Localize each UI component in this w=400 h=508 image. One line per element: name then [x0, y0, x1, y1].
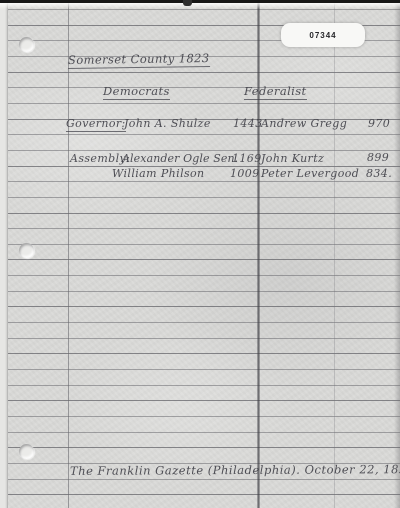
ruled-line [7, 103, 400, 104]
federalist-votes-governor: 970 [368, 117, 390, 130]
ruled-line [7, 400, 400, 401]
page-right-edge-shadow [394, 0, 400, 508]
punch-hole-top [19, 37, 34, 52]
office-label-governor: Governor: [66, 117, 126, 132]
ruled-line [7, 369, 400, 370]
ruled-line [7, 494, 400, 495]
page-top-highlight [0, 3, 400, 9]
ruled-line [7, 385, 400, 386]
scan-top-edge [0, 0, 400, 3]
punch-hole-bottom [19, 444, 34, 459]
ruled-line [7, 353, 400, 354]
ruled-line [7, 87, 400, 88]
ruled-line [7, 197, 400, 198]
ruled-line [7, 244, 400, 245]
ruled-line [7, 291, 400, 292]
scan-top-notch [183, 0, 192, 6]
scanned-document-page: 07344 Somerset County 1823 Democrats Fed… [0, 0, 400, 508]
democrat-candidate-assembly-2: William Philson [112, 167, 205, 180]
archive-label-number: 07344 [309, 31, 336, 40]
ruled-line [7, 338, 400, 339]
democrat-candidate-governor: John A. Shulze [124, 117, 211, 130]
federalist-candidate-assembly-2: Peter Levergood [261, 167, 359, 180]
column-header-federalist: Federalist [244, 84, 307, 100]
ruled-line [7, 322, 400, 323]
federalist-votes-assembly-2: 834. [366, 167, 392, 180]
margin-line [68, 0, 69, 508]
archive-label: 07344 [281, 23, 365, 47]
democrat-votes-assembly-2: 1009 [230, 167, 260, 180]
column-header-democrats: Democrats [103, 84, 170, 100]
punch-hole-middle [19, 243, 34, 258]
ruled-line [7, 134, 400, 135]
page-left-edge [0, 0, 8, 508]
ruled-line [7, 447, 400, 448]
ruled-line [7, 275, 400, 276]
document-title: Somerset County 1823 [68, 51, 210, 69]
ruled-line [7, 228, 400, 229]
ruled-line [7, 72, 400, 73]
ruled-line [7, 181, 400, 182]
ruled-line [7, 9, 400, 10]
federalist-candidate-assembly-1: John Kurtz [261, 152, 324, 165]
federalist-votes-assembly-1: 899 [367, 151, 389, 164]
ruled-line [7, 150, 400, 151]
ruled-line [7, 432, 400, 433]
ruled-line [7, 213, 400, 214]
ruled-line [7, 416, 400, 417]
ruled-line [7, 259, 400, 260]
ruled-line [7, 479, 400, 480]
federalist-candidate-governor: Andrew Gregg [261, 117, 347, 130]
source-citation: The Franklin Gazette (Philadelphia). Oct… [70, 462, 400, 478]
democrat-candidate-assembly-1: Alexander Ogle Sen. [122, 152, 238, 165]
fold-line [257, 0, 260, 508]
ruled-line [7, 306, 400, 307]
crease-line [334, 0, 335, 508]
